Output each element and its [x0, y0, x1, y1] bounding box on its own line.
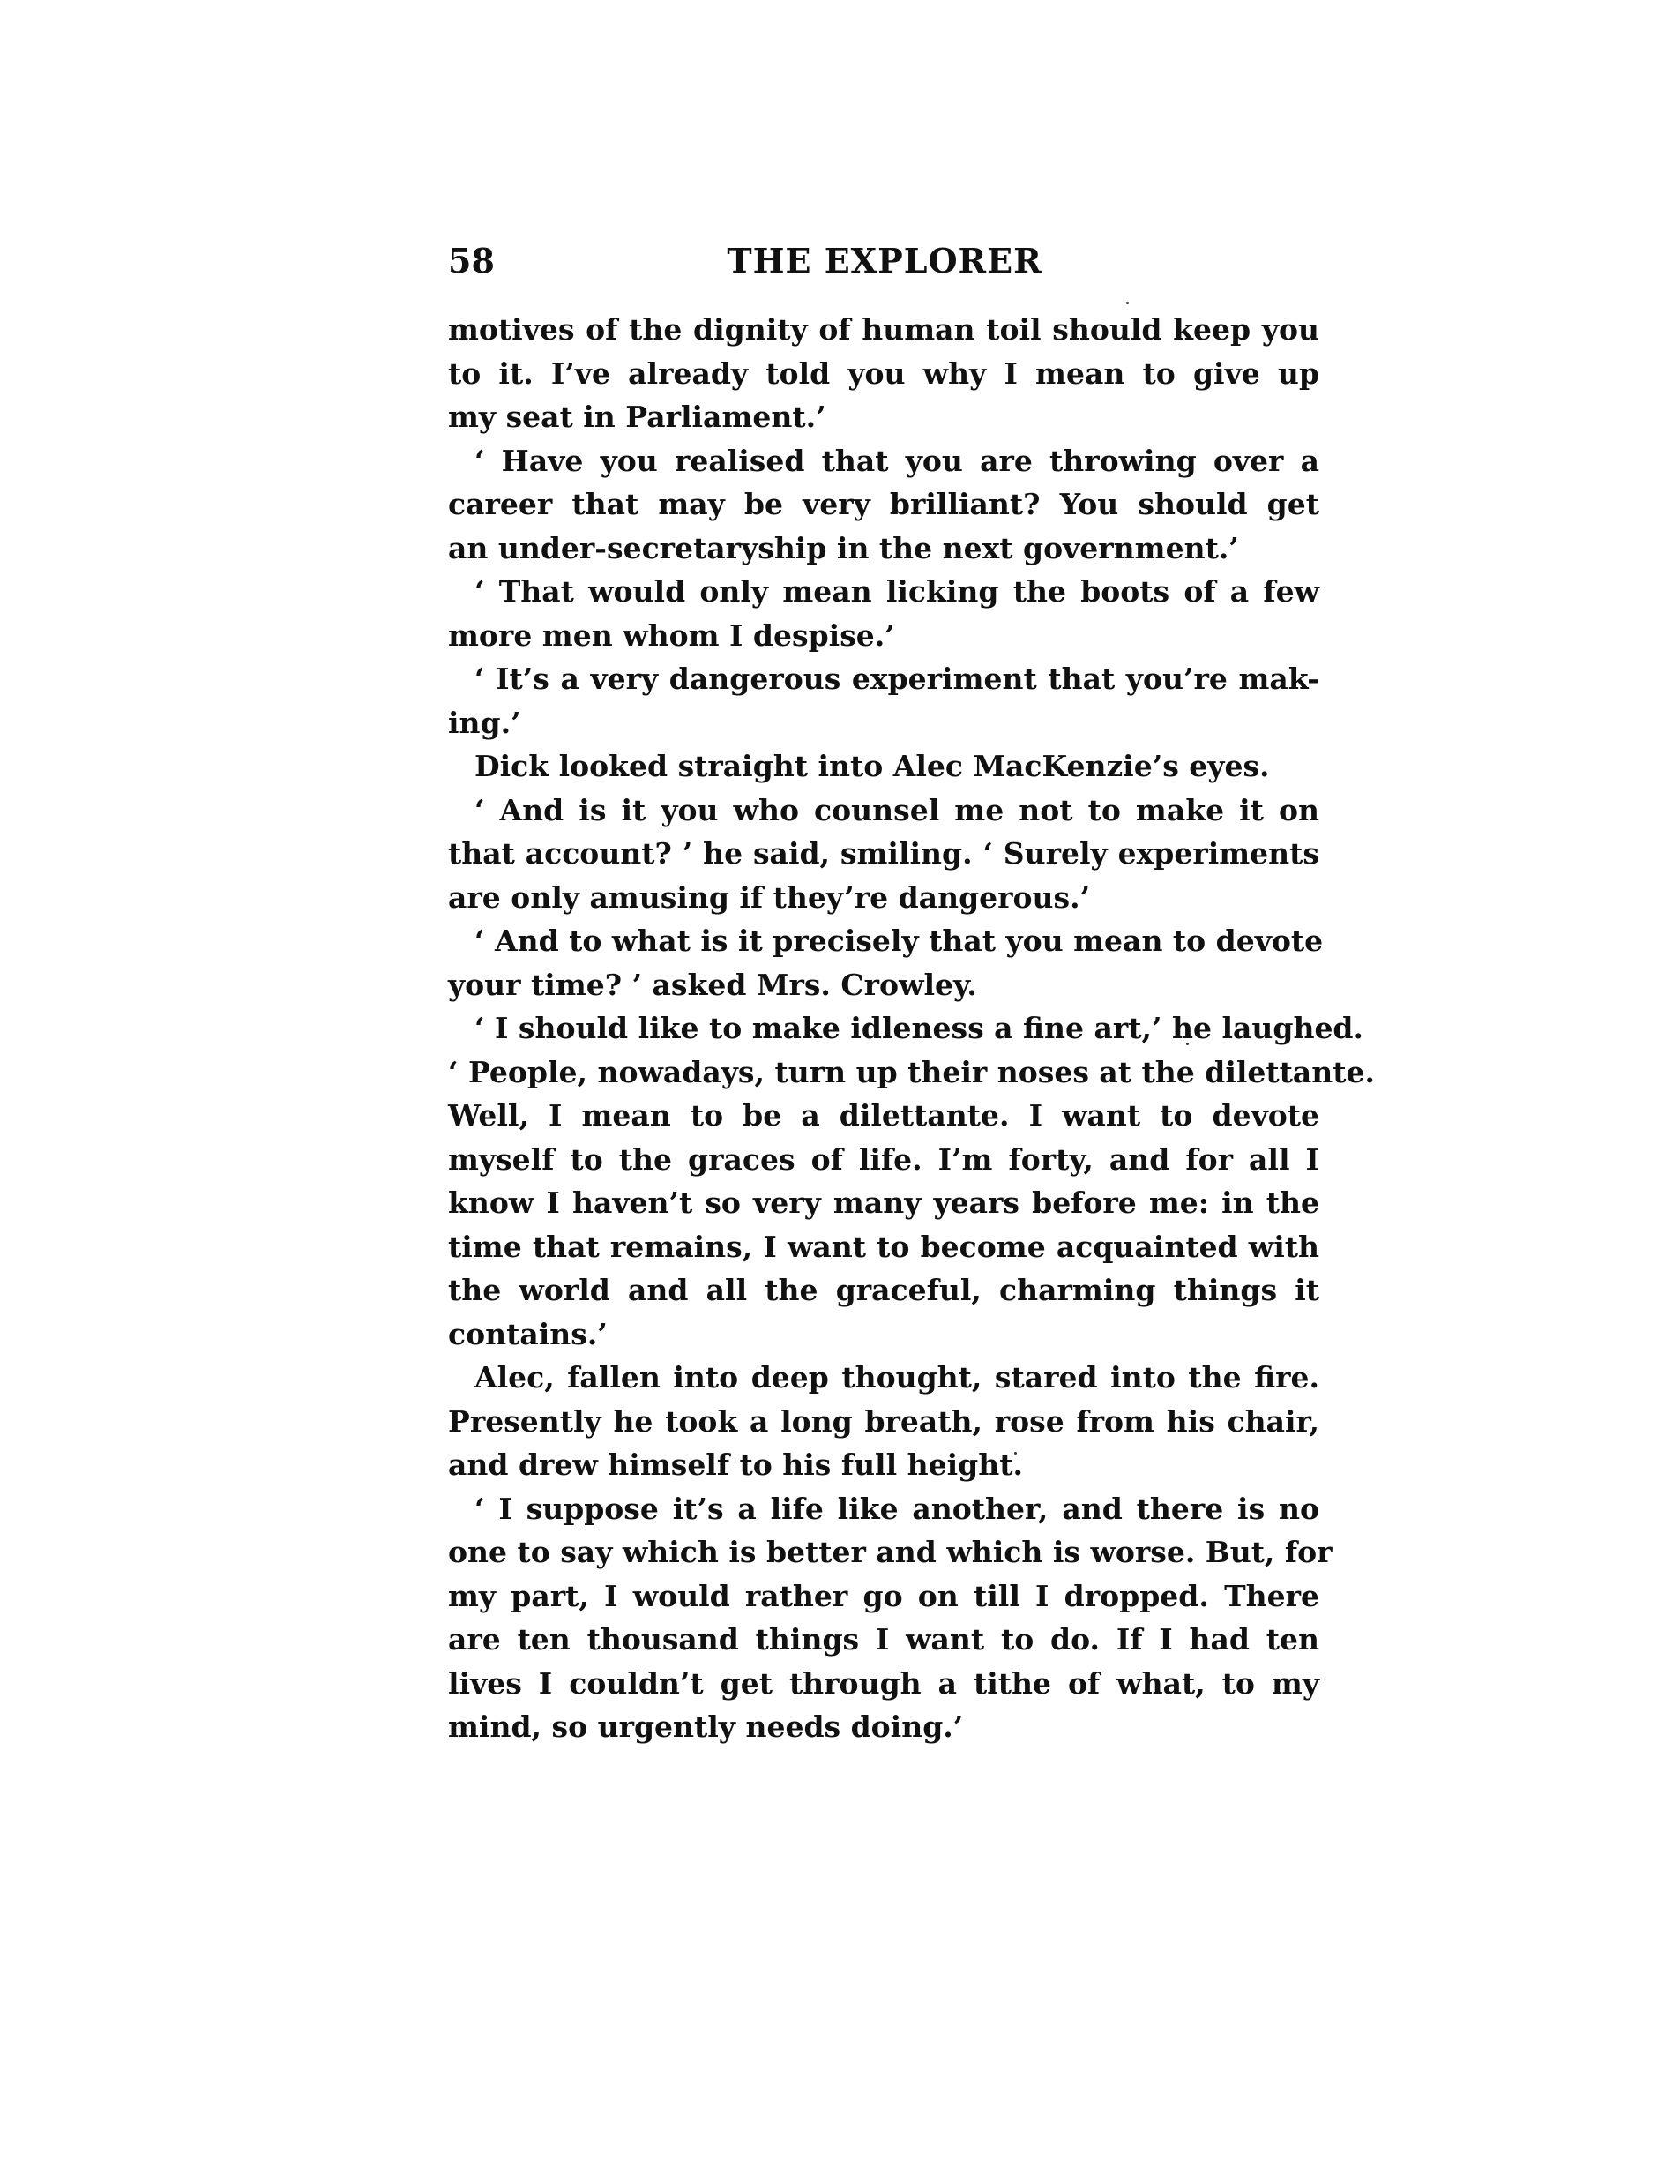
body-text: motives of the dignity of human toil sho…	[448, 308, 1319, 1749]
text-line: motives of the dignity of human toil sho…	[448, 308, 1319, 352]
scan-speck	[1126, 302, 1129, 304]
text-line: time that remains, I want to become acqu…	[448, 1225, 1319, 1269]
text-line: to it. I’ve already told you why I mean …	[448, 352, 1319, 396]
text-line: ‘ I suppose it’s a life like another, an…	[448, 1487, 1319, 1531]
text-line: mind, so urgently needs doing.’	[448, 1705, 1319, 1749]
text-line: more men whom I despise.’	[448, 614, 1319, 658]
text-line: contains.’	[448, 1313, 1319, 1357]
text-line: ‘ Have you realised that you are throwin…	[448, 439, 1319, 483]
book-page: 58 THE EXPLORER motives of the dignity o…	[0, 0, 1680, 2184]
text-line: ‘ People, nowadays, turn up their noses …	[448, 1051, 1319, 1095]
text-line: my seat in Parliament.’	[448, 395, 1319, 439]
text-line: Alec, fallen into deep thought, stared i…	[448, 1356, 1319, 1400]
page-header: 58 THE EXPLORER	[448, 236, 1321, 286]
text-line: an under-secretaryship in the next gover…	[448, 527, 1319, 571]
text-line: and drew himself to his full height.	[448, 1443, 1319, 1487]
text-line: are only amusing if they’re dangerous.’	[448, 876, 1319, 920]
text-line: ing.’	[448, 701, 1319, 745]
text-line: career that may be very brilliant? You s…	[448, 482, 1319, 527]
text-line: Well, I mean to be a dilettante. I want …	[448, 1094, 1319, 1138]
text-line: ‘ I should like to make idleness a fine …	[448, 1006, 1319, 1051]
text-line: Presently he took a long breath, rose fr…	[448, 1400, 1319, 1444]
text-line: know I haven’t so very many years before…	[448, 1181, 1319, 1225]
text-line: lives I couldn’t get through a tithe of …	[448, 1662, 1319, 1706]
text-line: myself to the graces of life. I’m forty,…	[448, 1138, 1319, 1182]
text-line: ‘ And is it you who counsel me not to ma…	[448, 789, 1319, 833]
text-line: are ten thousand things I want to do. If…	[448, 1618, 1319, 1662]
text-line: Dick looked straight into Alec MacKenzie…	[448, 744, 1319, 789]
text-line: ‘ That would only mean licking the boots…	[448, 570, 1319, 614]
text-line: ‘ It’s a very dangerous experiment that …	[448, 657, 1319, 701]
text-line: your time? ’ asked Mrs. Crowley.	[448, 963, 1319, 1007]
running-title: THE EXPLORER	[448, 236, 1321, 286]
text-line: my part, I would rather go on till I dro…	[448, 1574, 1319, 1619]
text-line: the world and all the graceful, charming…	[448, 1268, 1319, 1313]
text-line: one to say which is better and which is …	[448, 1530, 1319, 1574]
text-line: that account? ’ he said, smiling. ‘ Sure…	[448, 832, 1319, 876]
text-line: ‘ And to what is it precisely that you m…	[448, 919, 1319, 963]
